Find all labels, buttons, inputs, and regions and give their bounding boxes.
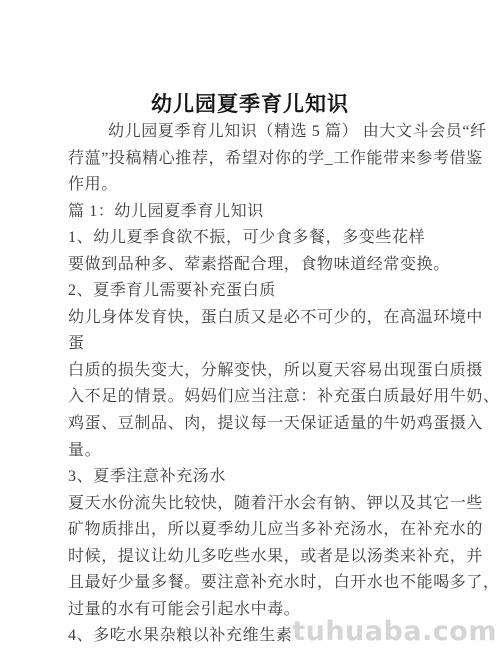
text-line: 且最好少量多餐。要注意补充水时，白开水也不能喝多了， xyxy=(68,570,463,597)
document-page: 幼儿园夏季育儿知识 幼儿园夏季育儿知识（精选 5 篇） 由大文斗会员“纤荇蕰”投… xyxy=(0,0,500,648)
text-line: 矿物质排出，所以夏季幼儿应当多补充汤水，在补充水的 xyxy=(68,517,463,544)
text-line: 白质的损失变大，分解变快，所以夏天容易出现蛋白质摄 xyxy=(68,358,463,385)
text-line: 1、幼儿夏季食欲不振，可少食多餐，多变些花样 xyxy=(68,225,463,252)
text-line: 幼儿园夏季育儿知识（精选 5 篇） 由大文斗会员“纤 xyxy=(68,119,463,146)
document-title: 幼儿园夏季育儿知识 xyxy=(0,88,500,118)
text-line: 入不足的情景。妈妈们应当注意：补充蛋白质最好用牛奶、 xyxy=(68,384,463,411)
watermark-text: tuhuaba.com xyxy=(292,616,497,647)
text-line: 作用。 xyxy=(68,172,463,199)
text-line: 夏天水份流失比较快，随着汗水会有钠、钾以及其它一些 xyxy=(68,491,463,518)
text-line: 时候，提议让幼儿多吃些水果，或者是以汤类来补充，并 xyxy=(68,544,463,571)
text-line: 幼儿身体发育快，蛋白质又是必不可少的，在高温环境中 xyxy=(68,305,463,332)
text-line: 2、夏季育儿需要补充蛋白质 xyxy=(68,278,463,305)
document-body: 幼儿园夏季育儿知识（精选 5 篇） 由大文斗会员“纤荇蕰”投稿精心推荐，希望对你… xyxy=(68,119,463,648)
text-line: 3、夏季注意补充汤水 xyxy=(68,464,463,491)
text-line: 荇蕰”投稿精心推荐，希望对你的学_工作能带来参考借鉴 xyxy=(68,146,463,173)
text-line: 量。 xyxy=(68,438,463,465)
text-line: 篇 1：幼儿园夏季育儿知识 xyxy=(68,199,463,226)
text-line: 要做到品种多、荤素搭配合理，食物味道经常变换。 xyxy=(68,252,463,279)
text-line: 蛋 xyxy=(68,331,463,358)
text-line: 鸡蛋、豆制品、肉，提议每一天保证适量的牛奶鸡蛋摄入 xyxy=(68,411,463,438)
